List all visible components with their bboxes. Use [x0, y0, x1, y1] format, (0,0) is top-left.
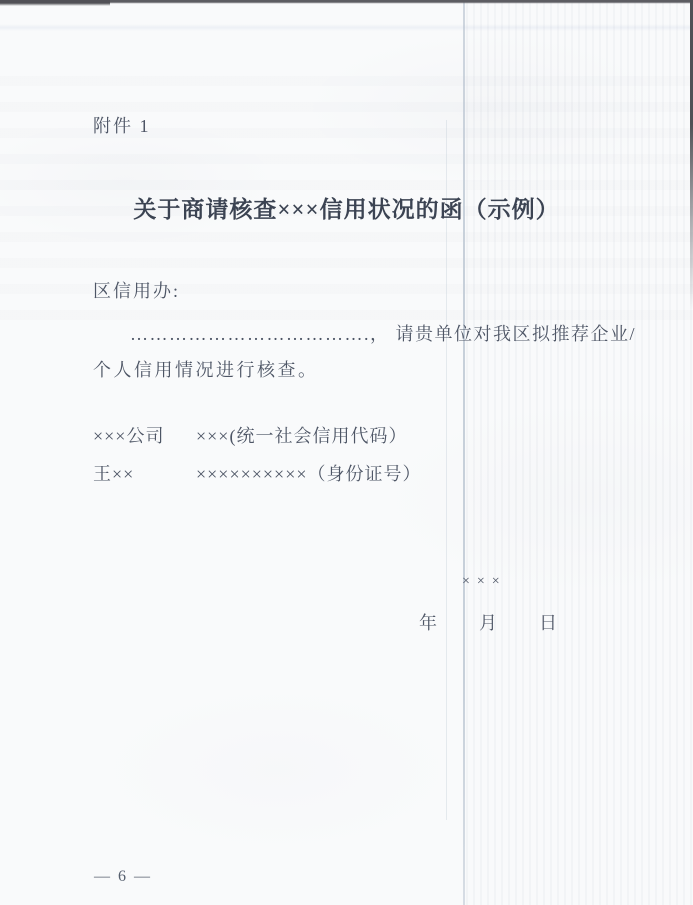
scan-streak-artifact	[0, 24, 693, 31]
scanned-document-page: 附件 1 关于商请核查×××信用状况的函（示例） 区信用办: …………………………	[0, 0, 693, 905]
subject-row-company: ×××公司 ×××(统一社会信用代码）	[93, 422, 164, 448]
signature-placeholder: ×××	[462, 574, 507, 590]
person-name: 王××	[93, 464, 134, 484]
page-number: — 6 —	[94, 868, 152, 886]
scan-top-left-corner	[0, 0, 110, 6]
date-year-label: 年	[419, 609, 437, 635]
subject-row-person: 王×× ××××××××××（身份证号）	[93, 460, 134, 486]
body-paragraph-line-1: ……………………………….， 请贵单位对我区拟推荐企业/	[130, 320, 636, 346]
attachment-label: 附件 1	[93, 112, 151, 138]
date-day-label: 日	[539, 609, 557, 635]
date-month-label: 月	[479, 609, 497, 635]
secondary-crease-line	[446, 120, 447, 820]
body-paragraph-line-2: 个人信用情况进行核查。	[93, 356, 319, 382]
page-fold-line	[463, 0, 465, 905]
company-name: ×××公司	[93, 426, 164, 446]
person-id-number: ××××××××××（身份证号）	[196, 460, 422, 486]
right-half-scan-texture	[466, 0, 693, 905]
company-credit-code: ×××(统一社会信用代码）	[196, 422, 407, 448]
document-title: 关于商请核查×××信用状况的函（示例）	[0, 191, 693, 224]
salutation: 区信用办:	[93, 277, 180, 303]
date-line: 年 月 日	[419, 609, 557, 635]
